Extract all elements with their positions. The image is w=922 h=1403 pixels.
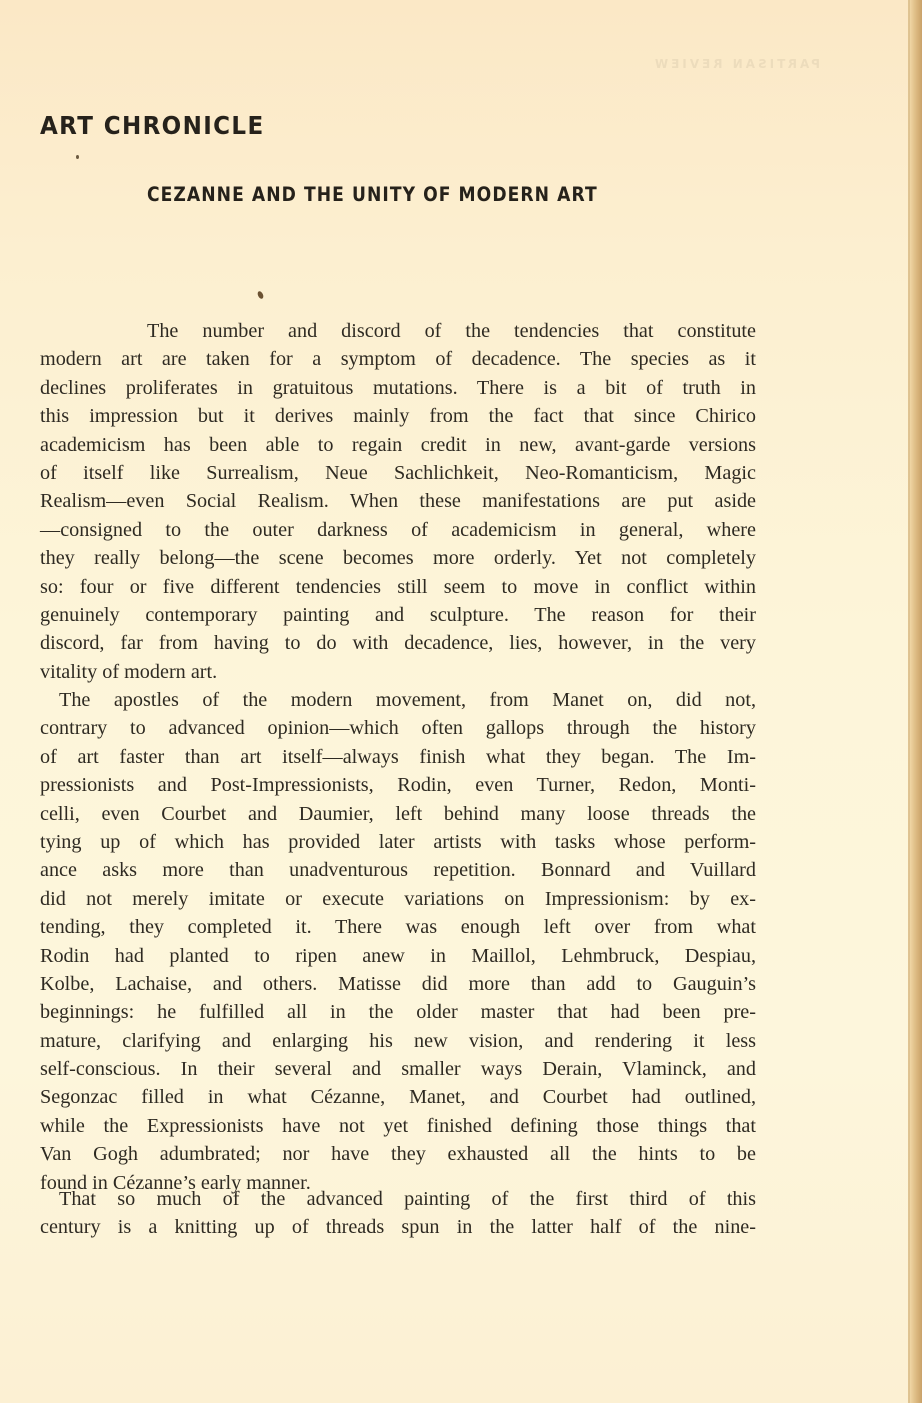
text-line: modern art are taken for a symptom of de… bbox=[40, 345, 756, 373]
ornament-mark bbox=[257, 290, 265, 299]
text-line: discord, far from having to do with deca… bbox=[40, 629, 756, 657]
text-line: academicism has been able to regain cred… bbox=[40, 431, 756, 459]
text-line: century is a knitting up of threads spun… bbox=[40, 1213, 756, 1241]
paragraph-3: That so much of the advanced painting of… bbox=[40, 1185, 756, 1242]
text-line: beginnings: he fulfilled all in the olde… bbox=[40, 998, 756, 1026]
text-line: The number and discord of the tendencies… bbox=[40, 317, 756, 345]
section-title: ART CHRONICLE bbox=[40, 111, 265, 140]
text-line: Rodin had planted to ripen anew in Maill… bbox=[40, 942, 756, 970]
text-line: while the Expressionists have not yet fi… bbox=[40, 1112, 756, 1140]
text-line: Segonzac filled in what Cézanne, Manet, … bbox=[40, 1083, 756, 1111]
text-line: vitality of modern art. bbox=[40, 658, 756, 686]
text-line: of art faster than art itself—always fin… bbox=[40, 743, 756, 771]
text-line: self-conscious. In their several and sma… bbox=[40, 1055, 756, 1083]
text-line: The apostles of the modern movement, fro… bbox=[40, 686, 756, 714]
text-line: Kolbe, Lachaise, and others. Matisse did… bbox=[40, 970, 756, 998]
page-edge bbox=[908, 0, 922, 1403]
bleed-through-header: PARTISAN REVIEW bbox=[40, 50, 820, 79]
text-line: genuinely contemporary painting and scul… bbox=[40, 601, 756, 629]
text-line: tending, they completed it. There was en… bbox=[40, 913, 756, 941]
text-line: Van Gogh adumbrated; nor have they exhau… bbox=[40, 1140, 756, 1168]
text-line: contrary to advanced opinion—which often… bbox=[40, 714, 756, 742]
text-line: they really belong—the scene becomes mor… bbox=[40, 544, 756, 572]
text-line: ance asks more than unadventurous repeti… bbox=[40, 856, 756, 884]
text-line: so: four or five different tendencies st… bbox=[40, 573, 756, 601]
bleed-through-text: PARTISAN REVIEW bbox=[40, 50, 820, 300]
paragraph-1: The number and discord of the tendencies… bbox=[40, 317, 756, 686]
article-title: CEZANNE AND THE UNITY OF MODERN ART bbox=[147, 183, 598, 206]
text-line: Realism—even Social Realism. When these … bbox=[40, 487, 756, 515]
ink-speck bbox=[76, 155, 79, 159]
text-line: of itself like Surrealism, Neue Sachlich… bbox=[40, 459, 756, 487]
paragraph-2: The apostles of the modern movement, fro… bbox=[40, 686, 756, 1197]
text-line: celli, even Courbet and Daumier, left be… bbox=[40, 800, 756, 828]
text-line: did not merely imitate or execute variat… bbox=[40, 885, 756, 913]
page-edge-line bbox=[908, 0, 910, 1403]
text-line: —consigned to the outer darkness of acad… bbox=[40, 516, 756, 544]
text-line: declines proliferates in gratuitous muta… bbox=[40, 374, 756, 402]
text-line: this impression but it derives mainly fr… bbox=[40, 402, 756, 430]
text-line: That so much of the advanced painting of… bbox=[40, 1185, 756, 1213]
text-line: pressionists and Post-Impressionists, Ro… bbox=[40, 771, 756, 799]
text-line: mature, clarifying and enlarging his new… bbox=[40, 1027, 756, 1055]
text-line: tying up of which has provided later art… bbox=[40, 828, 756, 856]
